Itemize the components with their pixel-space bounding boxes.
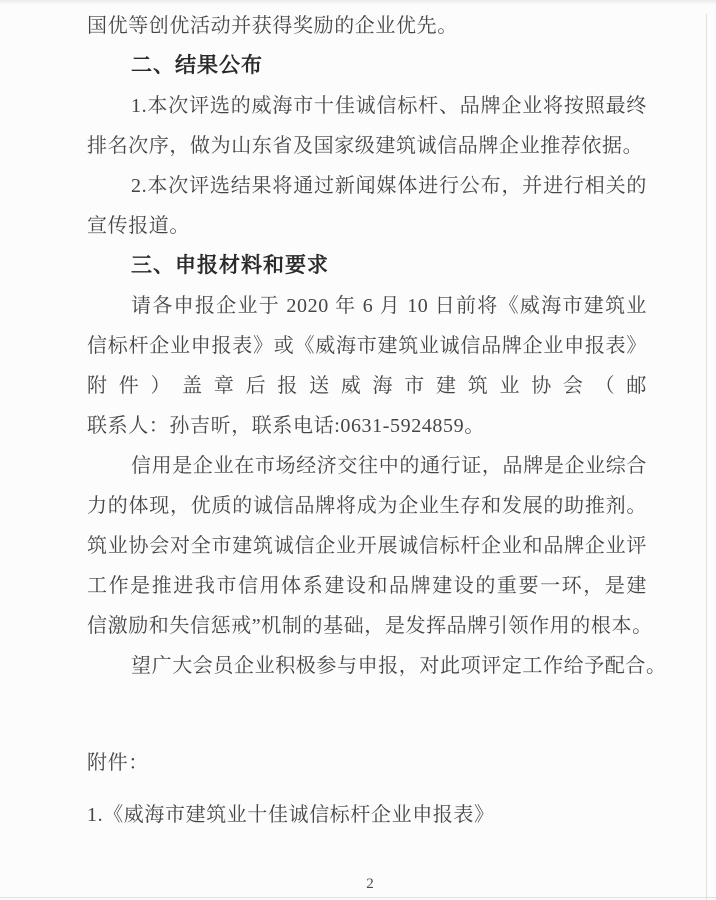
- text-line: 附件：: [87, 743, 647, 783]
- heading-line: 二、结果公布: [87, 46, 647, 86]
- text-line: 信用是企业在市场经济交往中的通行证，品牌是企业综合竞争: [87, 446, 647, 486]
- page-number: 2: [0, 876, 716, 893]
- text-line: 排名次序，做为山东省及国家级建筑诚信品牌企业推荐依据。: [87, 126, 647, 166]
- text-line: 力的体现，优质的诚信品牌将成为企业生存和发展的助推剂。市建: [87, 486, 647, 526]
- text-line: 2.本次评选结果将通过新闻媒体进行公布，并进行相关的专题: [87, 166, 647, 206]
- text-line: 请各申报企业于 2020 年 6 月 10 日前将《威海市建筑业十佳诚: [87, 286, 647, 326]
- text-line: 附件）盖章后报送威海市建筑业协会（邮箱:whjzyxh@126.com)。: [87, 366, 647, 406]
- text-line: 信标杆企业申报表》或《威海市建筑业诚信品牌企业申报表》（见: [87, 326, 647, 366]
- heading-line: 三、申报材料和要求: [87, 246, 647, 286]
- document-body: 国优等创优活动并获得奖励的企业优先。二、结果公布1.本次评选的威海市十佳诚信标杆…: [87, 6, 647, 835]
- scan-top-shade: [0, 0, 716, 5]
- text-line: 工作是推进我市信用体系建设和品牌建设的重要一环，是建立“守: [87, 566, 647, 606]
- page-edge-line-right: [706, 14, 707, 900]
- text-line: 联系人：孙吉昕，联系电话:0631-5924859。: [87, 406, 647, 446]
- document-page: 国优等创优活动并获得奖励的企业优先。二、结果公布1.本次评选的威海市十佳诚信标杆…: [0, 0, 716, 900]
- text-line: 宣传报道。: [87, 206, 647, 246]
- text-line: 筑业协会对全市建筑诚信企业开展诚信标杆企业和品牌企业评定: [87, 526, 647, 566]
- text-line: 望广大会员企业积极参与申报，对此项评定工作给予配合。: [87, 646, 647, 686]
- text-line: 国优等创优活动并获得奖励的企业优先。: [87, 6, 647, 46]
- text-line: 1.本次评选的威海市十佳诚信标杆、品牌企业将按照最终评选: [87, 86, 647, 126]
- text-line: 1.《威海市建筑业十佳诚信标杆企业申报表》: [87, 795, 647, 835]
- page-edge-line-bottom: [0, 897, 716, 898]
- text-line: 信激励和失信惩戒”机制的基础，是发挥品牌引领作用的根本。: [87, 606, 647, 646]
